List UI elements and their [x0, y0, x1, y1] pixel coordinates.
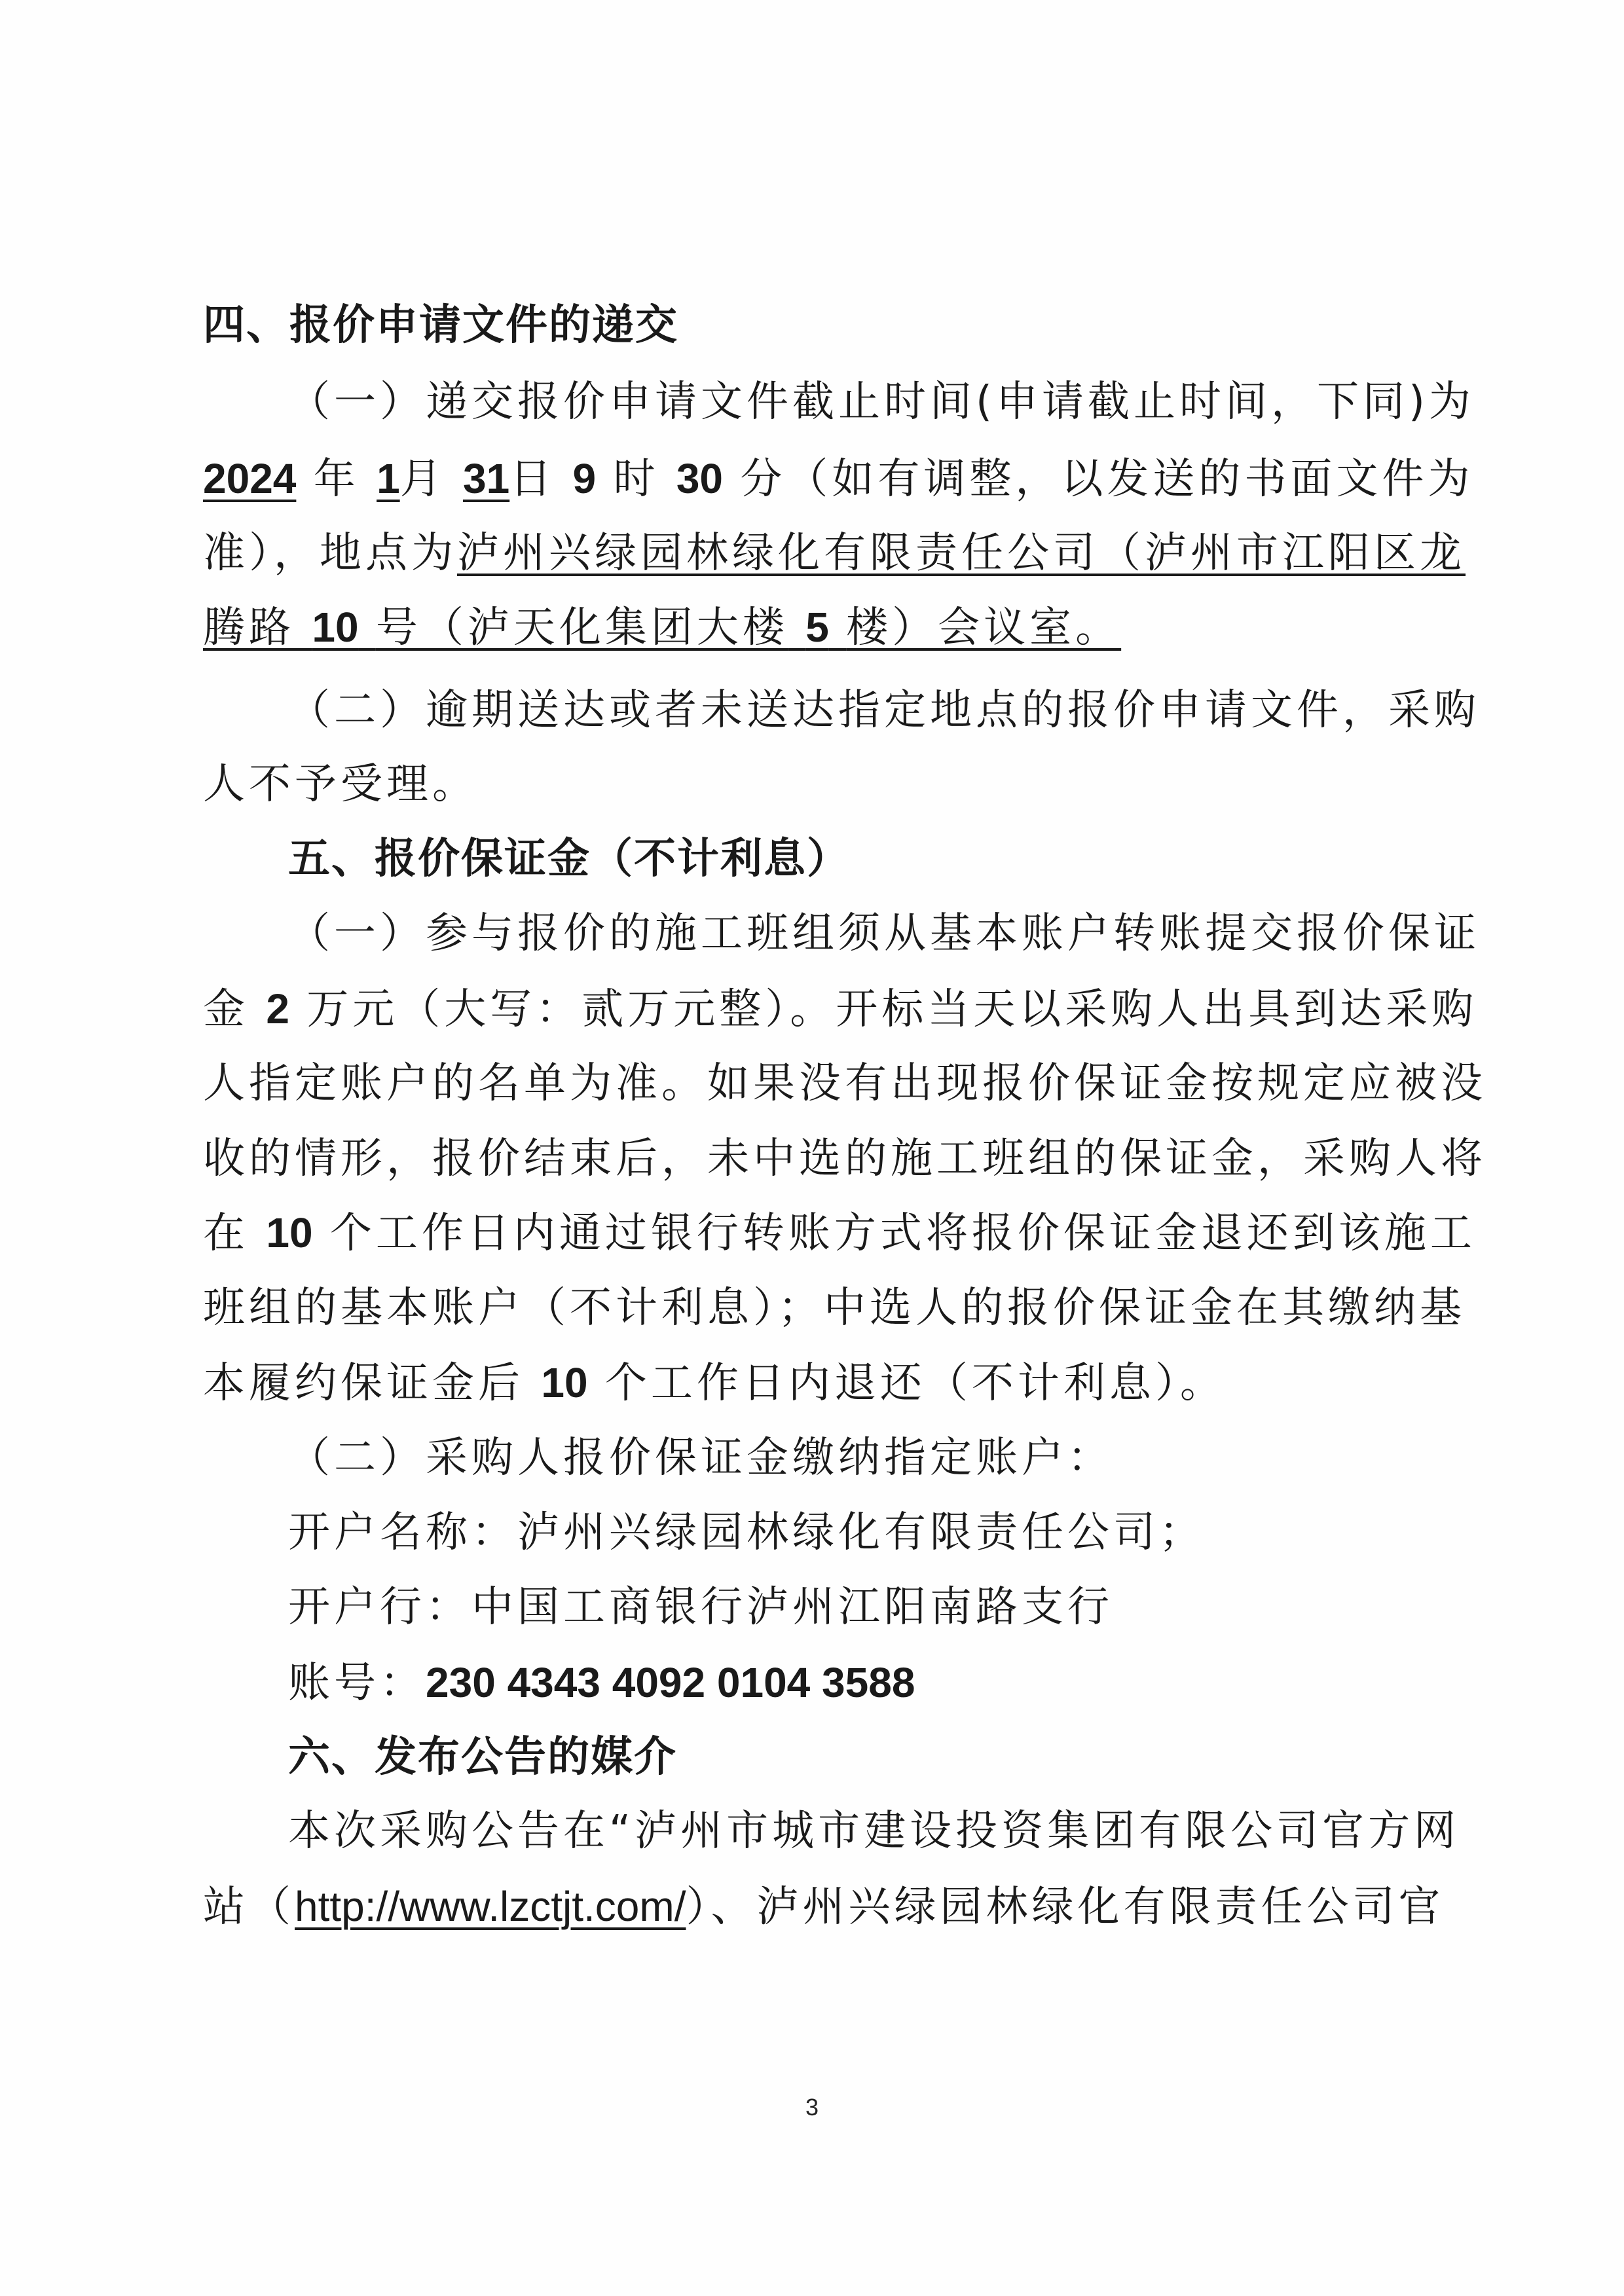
section-heading-5: 五、报价保证金（不计利息）	[288, 833, 1486, 885]
bank-label: 开户行：	[288, 1583, 471, 1631]
website-link[interactable]: http://www.lzctjt.com/	[295, 1883, 686, 1930]
account-name-value: 泸州兴绿园林绿化有限责任公司；	[517, 1508, 1205, 1557]
text: 个工作日内通过银行转账方式将报价保证金退还到该施工	[330, 1209, 1476, 1258]
deadline-month: 1	[377, 455, 400, 502]
text: （二）逾期送达或者未送达指定地点的报价申请文件，采购	[288, 684, 1401, 737]
deadline-hour: 9	[573, 455, 597, 502]
account-number-value: 230 4343 4092 0104 3588	[426, 1659, 915, 1706]
paragraph-5-1-line-2: 金 2 万元（大写：贰万元整）。开标当天以采购人出具到达采购	[203, 983, 1401, 1035]
paragraph-4-2-line-1: （二）逾期送达或者未送达指定地点的报价申请文件，采购	[203, 684, 1401, 737]
location-prefix: 准），地点为	[203, 529, 457, 577]
page-number: 3	[786, 2094, 838, 2121]
address-part: 楼）会议室。	[846, 604, 1121, 652]
paragraph-6-line-1: 本次采购公告在“泸州市城市建设投资集团有限公司官方网	[203, 1805, 1401, 1857]
paragraph-5-1-line-5: 在 10 个工作日内通过银行转账方式将报价保证金退还到该施工	[203, 1207, 1401, 1259]
account-number-label: 账号：	[288, 1659, 426, 1707]
paragraph-4-1-line-3: 准），地点为泸州兴绿园林绿化有限责任公司（泸州市江阳区龙	[203, 527, 1401, 579]
section-heading-6: 六、发布公告的媒介	[288, 1731, 1486, 1783]
deadline-minute: 30	[676, 455, 723, 502]
account-name-row: 开户名称：泸州兴绿园林绿化有限责任公司；	[288, 1506, 1486, 1559]
paragraph-5-1-line-3: 人指定账户的名单为准。如果没有出现报价保证金按规定应被没	[203, 1057, 1401, 1110]
minute-unit: 分（如有调整，以发送的书面文件为	[740, 455, 1473, 503]
address-part: 腾路	[203, 604, 295, 652]
account-number-row: 账号：230 4343 4092 0104 3588	[288, 1656, 1486, 1709]
year-unit: 年	[314, 455, 360, 503]
paragraph-4-2-line-2: 人不予受理。	[203, 758, 1401, 811]
account-name-label: 开户名称：	[288, 1508, 517, 1557]
paragraph-4-1-line-2: 2024 年 1月 31日 9 时 30 分（如有调整，以发送的书面文件为	[203, 452, 1401, 505]
location-address: 腾路 10 号（泸天化集团大楼 5 楼）会议室。	[203, 604, 1121, 652]
refund-days: 10	[266, 1209, 312, 1256]
refund-days: 10	[541, 1359, 587, 1406]
bank-row: 开户行：中国工商银行泸州江阳南路支行	[288, 1581, 1486, 1633]
paragraph-6-line-2: 站（http://www.lzctjt.com/）、泸州兴绿园林绿化有限责任公司…	[203, 1880, 1401, 1933]
paragraph-4-1-line-1: （一）递交报价申请文件截止时间(申请截止时间，下同)为	[203, 376, 1401, 428]
paragraph-5-1-line-1: （一）参与报价的施工班组须从基本账户转账提交报价保证	[203, 907, 1401, 960]
deadline-year: 2024	[203, 455, 296, 502]
text: 本次采购公告在“泸州市城市建设投资集团有限公司官方网	[288, 1805, 1401, 1857]
paragraph-5-2-line-1: （二）采购人报价保证金缴纳指定账户：	[288, 1432, 1486, 1484]
month-unit: 月	[400, 455, 446, 503]
deadline-day: 31	[463, 455, 509, 502]
text: 万元（大写：贰万元整）。开标当天以采购人出具到达采购	[306, 985, 1477, 1034]
text: 金	[203, 985, 249, 1034]
bank-value: 中国工商银行泸州江阳南路支行	[471, 1583, 1113, 1631]
text: ）、泸州兴绿园林绿化有限责任公司官	[686, 1883, 1444, 1931]
text: 个工作日内退还（不计利息）。	[605, 1359, 1226, 1408]
text: （一）递交报价申请文件截止时间(申请截止时间，下同)为	[288, 376, 1401, 428]
paragraph-5-1-line-7: 本履约保证金后 10 个工作日内退还（不计利息）。	[203, 1357, 1401, 1409]
paragraph-5-1-line-4: 收的情形，报价结束后，未中选的施工班组的保证金，采购人将	[203, 1133, 1401, 1185]
document-page: 四、报价申请文件的递交 （一）递交报价申请文件截止时间(申请截止时间，下同)为 …	[0, 0, 1624, 2296]
text: 在	[203, 1209, 249, 1258]
paragraph-5-1-line-6: 班组的基本账户（不计利息）；中选人的报价保证金在其缴纳基	[203, 1282, 1401, 1334]
hour-unit: 时	[613, 455, 659, 503]
deposit-amount: 2	[266, 985, 289, 1032]
section-heading-4: 四、报价申请文件的递交	[203, 299, 1401, 352]
text: 本履约保证金后	[203, 1359, 524, 1408]
address-number: 10	[312, 604, 358, 651]
day-unit: 日	[509, 455, 555, 503]
address-part: 号（泸天化集团大楼	[376, 604, 788, 652]
text: （一）参与报价的施工班组须从基本账户转账提交报价保证	[288, 907, 1401, 960]
paragraph-4-1-line-4: 腾路 10 号（泸天化集团大楼 5 楼）会议室。	[203, 601, 1401, 653]
text: 站（	[203, 1883, 295, 1931]
location-company: 泸州兴绿园林绿化有限责任公司（泸州市江阳区龙	[457, 529, 1466, 577]
floor-number: 5	[805, 604, 829, 651]
